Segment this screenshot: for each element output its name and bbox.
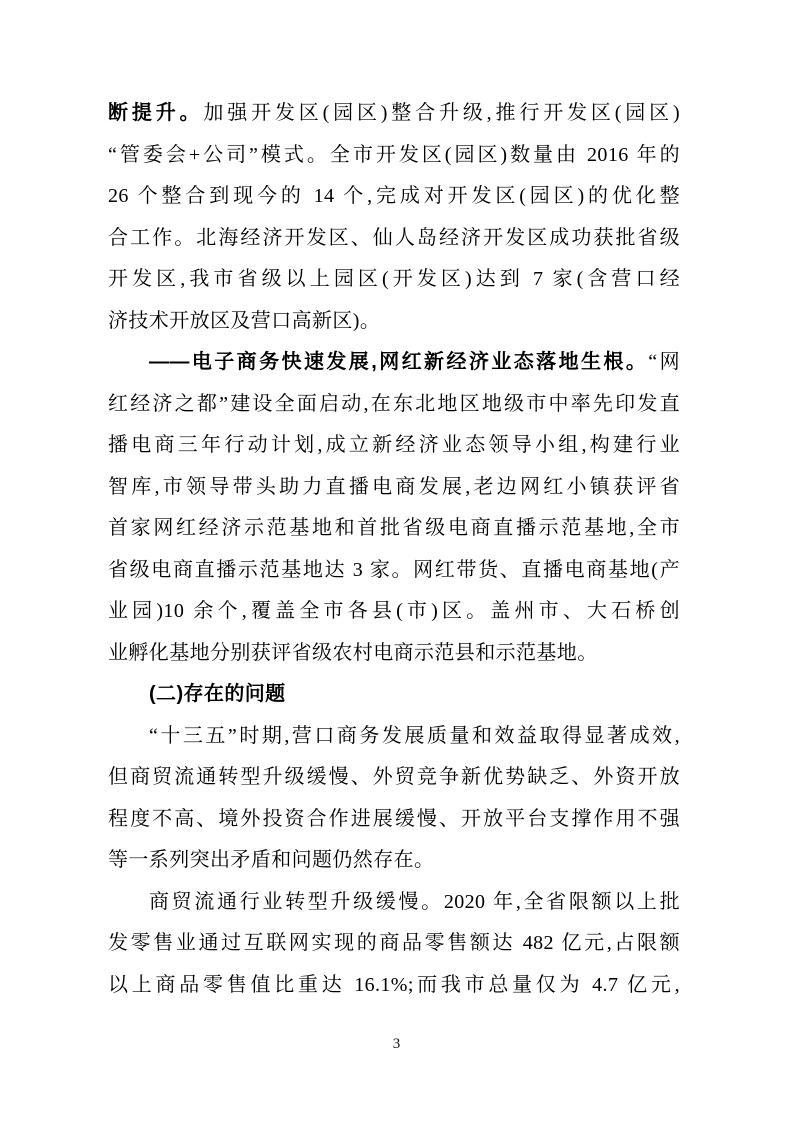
text-line: 合工作。北海经济开发区、仙人岛经济开发区成功获批省级 [108, 218, 680, 260]
text-line: 以上商品零售值比重达 16.1%;而我市总量仅为 4.7 亿元, [108, 965, 680, 1007]
text-line: 等一系列突出矛盾和问题仍然存在。 [108, 840, 680, 882]
text-line: ——电子商务快速发展,网红新经济业态落地生根。“网 [108, 342, 680, 384]
body-text: 以上商品零售值比重达 16.1%;而我市总量仅为 4.7 亿元, [108, 974, 680, 996]
text-line: 26 个整合到现今的 14 个,完成对开发区(园区)的优化整 [108, 176, 680, 218]
text-line: 发零售业通过互联网实现的商品零售额达 482 亿元,占限额 [108, 923, 680, 965]
body-text: 首家网红经济示范基地和首批省级电商直播示范基地,全市 [108, 517, 680, 539]
text-line: 省级电商直播示范基地达 3 家。网红带货、直播电商基地(产 [108, 550, 680, 592]
body-text: 开发区,我市省级以上园区(开发区)达到 7 家(含营口经 [108, 268, 680, 290]
body-text: 但商贸流通转型升级缓慢、外贸竞争新优势缺乏、外资开放 [108, 766, 680, 788]
text-line: 首家网红经济示范基地和首批省级电商直播示范基地,全市 [108, 508, 680, 550]
text-line: (二)存在的问题 [108, 674, 680, 716]
text-line: 但商贸流通转型升级缓慢、外贸竞争新优势缺乏、外资开放 [108, 757, 680, 799]
text-line: 商贸流通行业转型升级缓慢。2020 年,全省限额以上批 [108, 882, 680, 924]
text-line: 红经济之都”建设全面启动,在东北地区地级市中率先印发直 [108, 384, 680, 426]
body-text: 业孵化基地分别获评省级农村电商示范县和示范基地。 [108, 642, 598, 664]
body-text: 等一系列突出矛盾和问题仍然存在。 [108, 849, 434, 871]
text-line: “管委会+公司”模式。全市开发区(园区)数量由 2016 年的 [108, 135, 680, 177]
emphasis-text: ——电子商务快速发展,网红新经济业态落地生根。 [149, 351, 648, 373]
document-body: 断提升。加强开发区(园区)整合升级,推行开发区(园区)“管委会+公司”模式。全市… [108, 93, 680, 1006]
text-line: 开发区,我市省级以上园区(开发区)达到 7 家(含营口经 [108, 259, 680, 301]
body-text: “十三五”时期,营口商务发展质量和效益取得显著成效, [149, 725, 680, 747]
body-text: 26 个整合到现今的 14 个,完成对开发区(园区)的优化整 [108, 185, 680, 207]
text-line: 业孵化基地分别获评省级农村电商示范县和示范基地。 [108, 633, 680, 675]
text-line: 断提升。加强开发区(园区)整合升级,推行开发区(园区) [108, 93, 680, 135]
text-line: 程度不高、境外投资合作进展缓慢、开放平台支撑作用不强 [108, 799, 680, 841]
body-text: 智库,市领导带头助力直播电商发展,老边网红小镇获评省 [108, 476, 680, 498]
emphasis-text: 断提升。 [108, 102, 203, 124]
document-page: 断提升。加强开发区(园区)整合升级,推行开发区(园区)“管委会+公司”模式。全市… [0, 0, 793, 1122]
text-line: 济技术开放区及营口高新区)。 [108, 301, 680, 343]
body-text: “网 [648, 351, 680, 373]
body-text: 程度不高、境外投资合作进展缓慢、开放平台支撑作用不强 [108, 808, 680, 830]
text-line: 播电商三年行动计划,成立新经济业态领导小组,构建行业 [108, 425, 680, 467]
body-text: 合工作。北海经济开发区、仙人岛经济开发区成功获批省级 [108, 227, 680, 249]
body-text: 发零售业通过互联网实现的商品零售额达 482 亿元,占限额 [108, 932, 680, 954]
emphasis-text: (二)存在的问题 [149, 683, 286, 705]
body-text: 省级电商直播示范基地达 3 家。网红带货、直播电商基地(产 [108, 559, 680, 581]
text-line: 智库,市领导带头助力直播电商发展,老边网红小镇获评省 [108, 467, 680, 509]
body-text: 红经济之都”建设全面启动,在东北地区地级市中率先印发直 [108, 393, 680, 415]
page-number: 3 [0, 1034, 793, 1054]
body-text: 业园)10 余个,覆盖全市各县(市)区。盖州市、大石桥创 [108, 600, 680, 622]
body-text: 济技术开放区及营口高新区)。 [108, 310, 380, 332]
body-text: 加强开发区(园区)整合升级,推行开发区(园区) [203, 102, 680, 124]
text-line: 业园)10 余个,覆盖全市各县(市)区。盖州市、大石桥创 [108, 591, 680, 633]
body-text: “管委会+公司”模式。全市开发区(园区)数量由 2016 年的 [108, 144, 680, 166]
text-line: “十三五”时期,营口商务发展质量和效益取得显著成效, [108, 716, 680, 758]
body-text: 播电商三年行动计划,成立新经济业态领导小组,构建行业 [108, 434, 680, 456]
body-text: 商贸流通行业转型升级缓慢。2020 年,全省限额以上批 [149, 891, 680, 913]
